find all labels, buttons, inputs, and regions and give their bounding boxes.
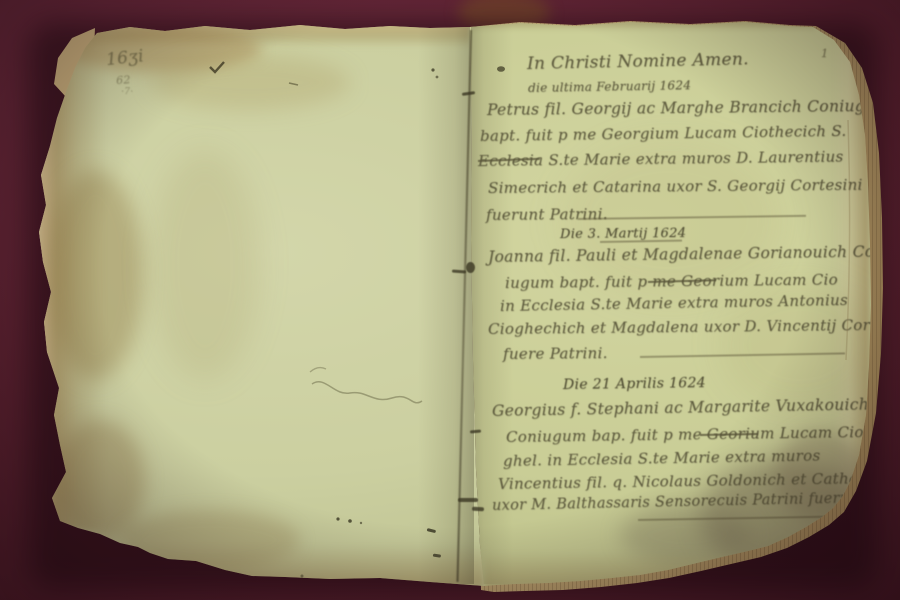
manuscript-line: bapt. fuit p me Georgium Lucam Ciothecic… [480,122,847,145]
manuscript-line: fuerunt Patrini. [486,205,608,224]
heading-rule [600,240,682,243]
manuscript-line: Simecrich et Catarina uxor S. Georgij Co… [488,176,863,197]
manuscript-line: Petrus fil. Georgij ac Marghe Brancich C… [487,97,890,119]
manuscript-line: Joanna fil. Pauli et Magdalenae Gorianou… [488,242,885,266]
dateline: die ultima Februarij 1624 [528,78,691,95]
entry-heading: Die 21 Aprilis 1624 [563,375,706,393]
stitch-mark [458,498,478,502]
page-number: 1 [821,47,828,60]
corner-inscription-2: 62 [116,73,131,87]
invocation-line: In Christi Nomine Amen. [527,49,749,74]
manuscript-line: Vincentius fil. q. Nicolaus Goldonich et… [498,469,890,493]
corner-inscription: 16ʒi [105,46,145,70]
photo-background: 16ʒi 62 ·7· [0,0,900,600]
manuscript-line: uxor M. Balthassaris Sensorecuis Patrini… [492,490,866,514]
corner-inscription-3: ·7· [121,87,133,97]
manuscript-line: Coniugum bap. fuit p me Georium Lucam Ci… [506,423,864,446]
manuscript-line: fuere Patrini. [503,344,608,363]
entry-rule [640,352,845,357]
stitch-mark [472,507,484,512]
manuscript-line: Georgius f. Stephani ac Margarite Vuxako… [492,395,869,420]
stain [150,150,260,380]
stitch-mark [466,262,475,273]
stain [150,55,350,110]
manuscript-line: ghel. in Ecclesia S.te Marie extra muros [503,446,821,470]
manuscript-line: in Ecclesia S.te Marie extra muros Anton… [500,291,848,315]
entry-rule [578,215,806,220]
